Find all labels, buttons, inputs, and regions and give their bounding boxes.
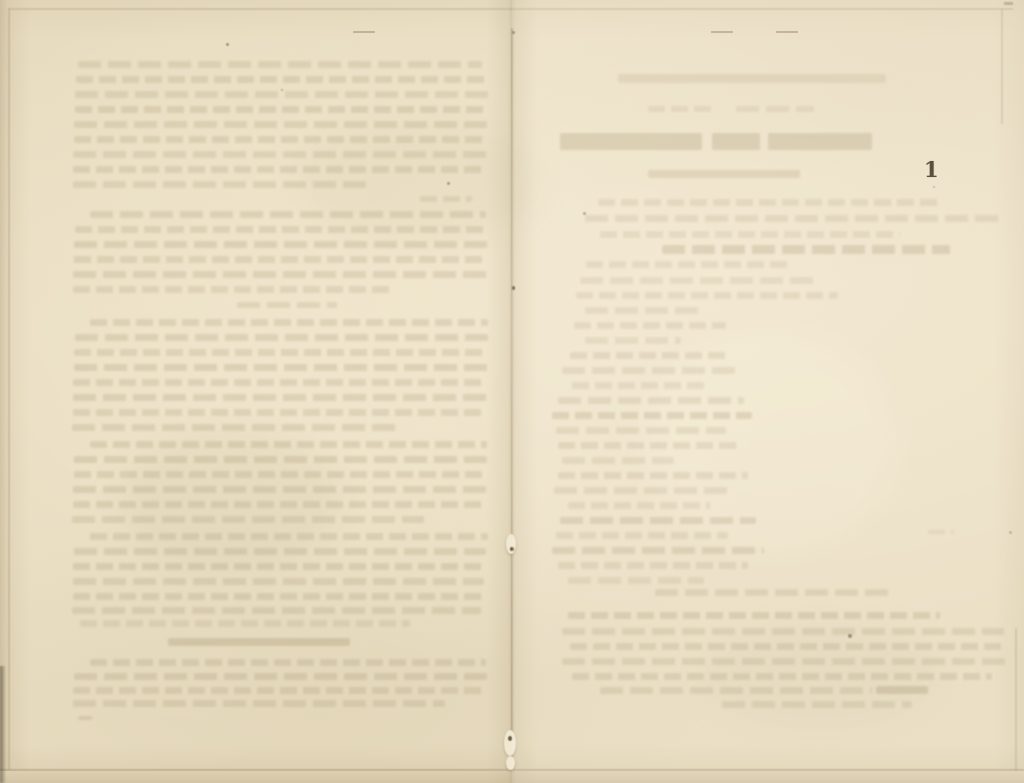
right-page-header-dash-right: — [775, 24, 799, 39]
left-page: — [0, 0, 512, 783]
right-page: — — [512, 0, 1024, 783]
left-page-header-dash: — [352, 24, 376, 39]
scanned-book-spread: — — — 1 [0, 0, 1024, 783]
right-page-header-dash-left: — [710, 24, 734, 39]
inked-page-number: 1 [924, 157, 939, 182]
